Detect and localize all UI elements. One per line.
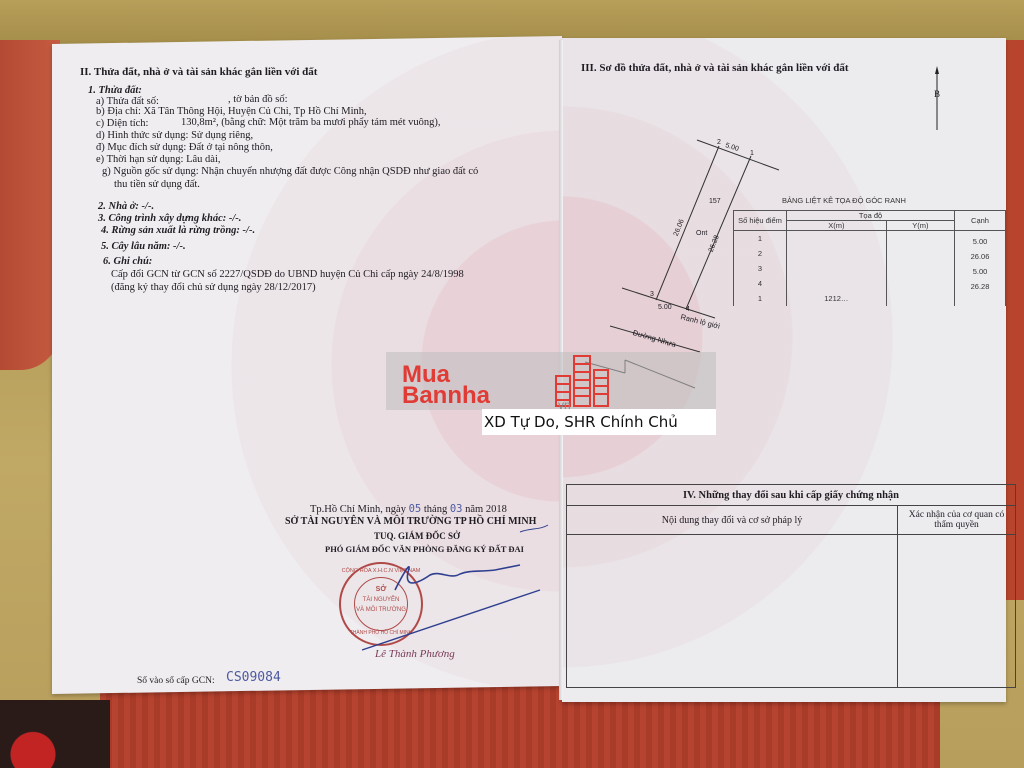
coord-table-row: 35.00 [734, 261, 1006, 276]
point-1-label: 1 [750, 148, 754, 160]
col-y: Y(m) [886, 221, 954, 231]
coord-cell-y [886, 276, 954, 291]
coord-cell-edge [955, 291, 1006, 306]
coord-table: Số hiệu điểm Tọa độ Cạnh X(m) Y(m) 15.00… [733, 210, 1006, 306]
coord-cell-x [787, 231, 887, 247]
coord-cell-edge: 26.06 [955, 246, 1006, 261]
coord-table-row: 11212… [734, 291, 1006, 306]
col-x: X(m) [787, 221, 887, 231]
coord-cell-y [886, 231, 954, 247]
changes-title: IV. Những thay đổi sau khi cấp giấy chứn… [567, 485, 1016, 506]
coord-cell-x: 1212… [787, 291, 887, 306]
coord-cell-point: 3 [734, 261, 787, 276]
point-2-label: 2 [717, 137, 721, 149]
watermark-caption: XD Tự Do, SHR Chính Chủ [482, 409, 716, 435]
coord-cell-point: 4 [734, 276, 787, 291]
north-label: B [934, 88, 940, 100]
coord-cell-edge: 5.00 [955, 261, 1006, 276]
watermark-banner: Mua Bannha vn XD Tự Do, SHR Chính Chủ [386, 352, 716, 434]
changes-confirm-cell [898, 535, 1016, 688]
coord-cell-point: 1 [734, 231, 787, 247]
coord-cell-point: 1 [734, 291, 787, 306]
changes-col-content: Nội dung thay đổi và cơ sở pháp lý [567, 506, 898, 535]
parcel-number: 157 [709, 196, 721, 208]
col-point: Số hiệu điểm [734, 211, 787, 231]
coord-cell-y [886, 261, 954, 276]
changes-table: IV. Những thay đổi sau khi cấp giấy chứn… [566, 484, 1016, 688]
coord-table-row: 15.00 [734, 231, 1006, 247]
changes-content-cell [567, 535, 898, 688]
changes-col-confirm: Xác nhận của cơ quan có thẩm quyền [898, 506, 1016, 535]
land-code: Ont [696, 228, 707, 240]
brand-line-2: Bannha [402, 385, 490, 407]
col-edge: Cạnh [955, 211, 1006, 231]
coord-cell-x [787, 276, 887, 291]
coord-table-row: 426.28 [734, 276, 1006, 291]
coord-cell-y [886, 291, 954, 306]
coord-table-title: BẢNG LIỆT KÊ TỌA ĐỘ GÓC RANH [782, 196, 906, 205]
coord-cell-y [886, 246, 954, 261]
coord-cell-point: 2 [734, 246, 787, 261]
col-coord: Tọa độ [787, 211, 955, 221]
coord-cell-edge: 26.28 [955, 276, 1006, 291]
coord-cell-x [787, 261, 887, 276]
point-3-label: 3 [650, 289, 654, 301]
bottom-edge-label: 5.00 [658, 302, 672, 314]
coord-cell-edge: 5.00 [955, 231, 1006, 247]
coord-table-row: 226.06 [734, 246, 1006, 261]
coord-cell-x [787, 246, 887, 261]
